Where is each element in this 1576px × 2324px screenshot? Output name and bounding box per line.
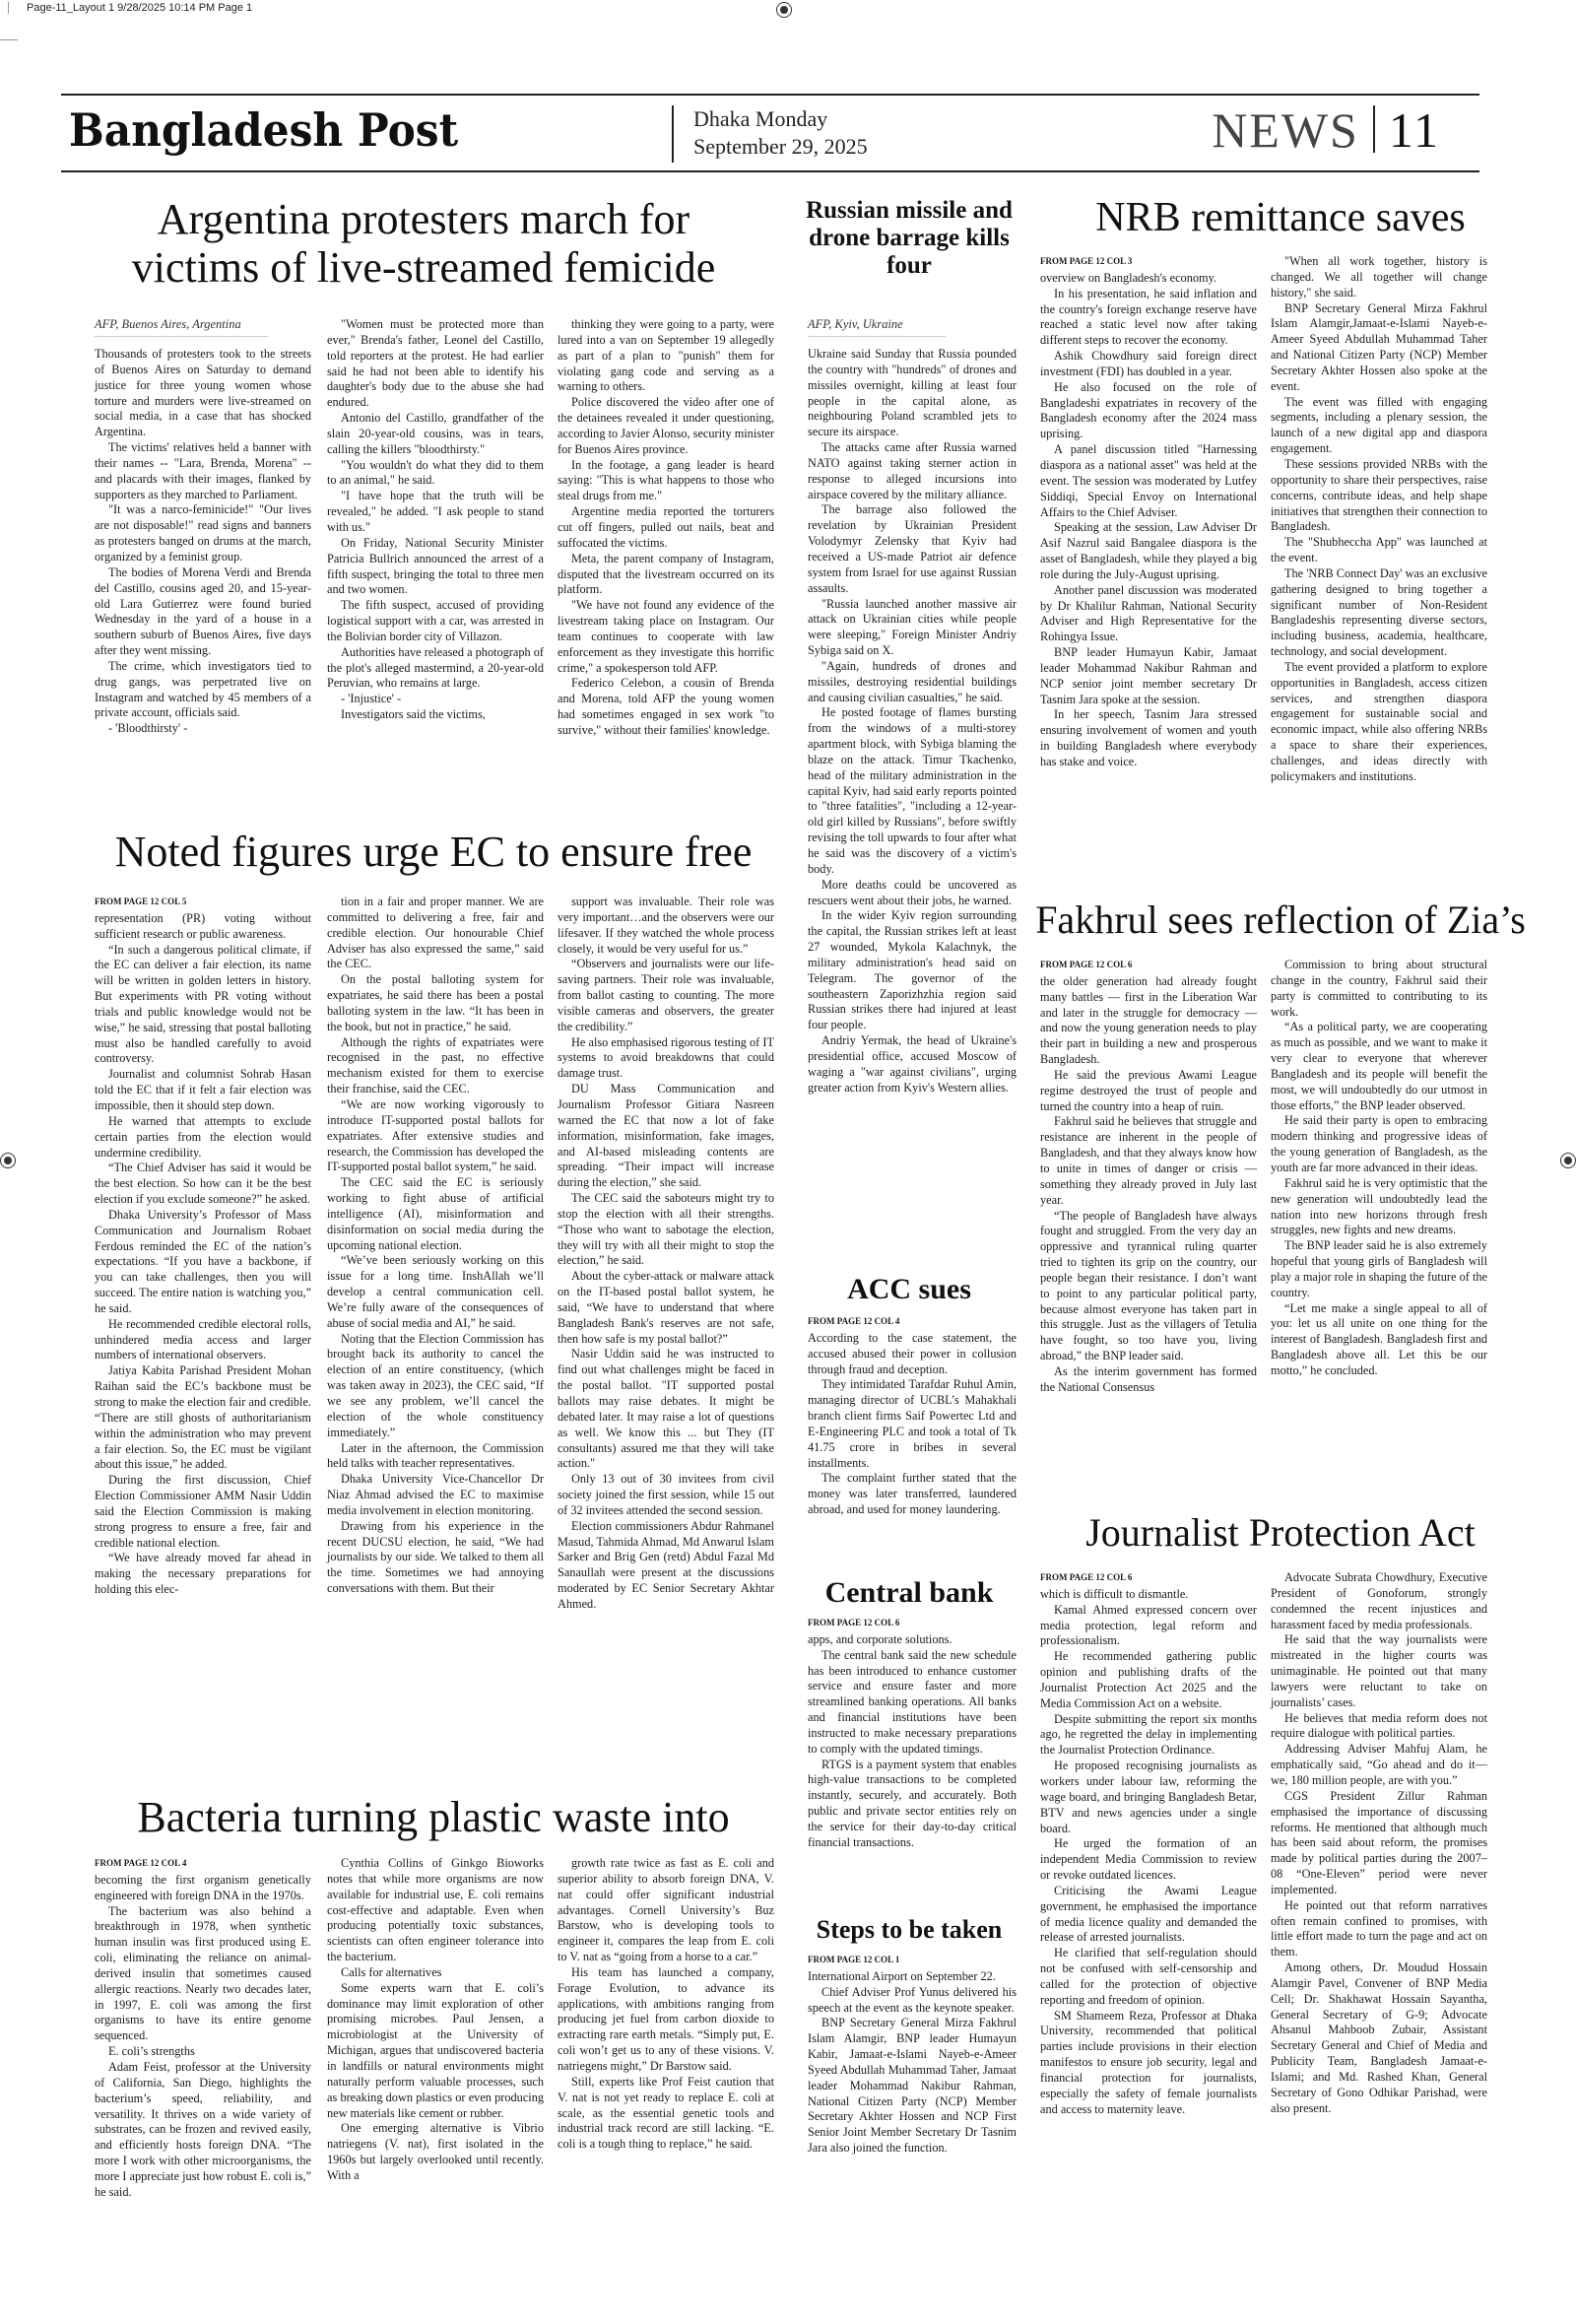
article-column: Commission to bring about structural cha… xyxy=(1271,958,1487,1379)
issue-date-block: Dhaka Monday September 29, 2025 xyxy=(672,105,868,163)
paragraph: The CEC said the EC is seriously working… xyxy=(327,1175,544,1253)
article-headline: Russian missile and drone barrage kills … xyxy=(800,197,1018,280)
paragraph: He posted footage of flames bursting fro… xyxy=(808,705,1017,877)
paragraph: - 'Bloodthirsty' - xyxy=(95,721,311,737)
paragraph: Andriy Yermak, the head of Ukraine's pre… xyxy=(808,1033,1017,1096)
paragraph: Speaking at the session, Law Adviser Dr … xyxy=(1040,520,1257,582)
article-column: FROM PAGE 12 COL 6apps, and corporate so… xyxy=(808,1616,1017,1851)
article-column: "When all work together, history is chan… xyxy=(1271,254,1487,785)
paragraph: He proposed recognising journalists as w… xyxy=(1040,1759,1257,1836)
paragraph: The BNP leader said he is also extremely… xyxy=(1271,1238,1487,1300)
paragraph: About the cyber-attack or malware attack… xyxy=(558,1269,774,1347)
paragraph: Federico Celebon, a cousin of Brenda and… xyxy=(558,676,774,738)
paragraph: Fakhrul said he is very optimistic that … xyxy=(1271,1176,1487,1238)
paragraph: “Observers and journalists were our life… xyxy=(558,957,774,1034)
article-column: growth rate twice as fast as E. coli and… xyxy=(558,1856,774,2153)
article-column: support was invaluable. Their role was v… xyxy=(558,895,774,1613)
article-column: Ukraine said Sunday that Russia pounded … xyxy=(808,347,1017,1096)
paragraph: International Airport on September 22. xyxy=(808,1969,1017,1985)
paragraph: One emerging alternative is Vibrio natri… xyxy=(327,2121,544,2183)
article-headline: Fakhrul sees reflection of Zia’s xyxy=(1034,898,1527,943)
paragraph: Argentine media reported the torturers c… xyxy=(558,504,774,552)
paragraph: On the postal balloting system for expat… xyxy=(327,972,544,1034)
article-column: FROM PAGE 12 COL 1International Airport … xyxy=(808,1953,1017,2157)
paragraph: BNP leader Humayun Kabir, Jamaat leader … xyxy=(1040,645,1257,707)
paragraph: overview on Bangladesh's economy. xyxy=(1040,271,1257,287)
paragraph: The bodies of Morena Verdi and Brenda de… xyxy=(95,565,311,659)
paragraph: Addressing Adviser Mahfuj Alam, he empha… xyxy=(1271,1742,1487,1789)
paragraph: "When all work together, history is chan… xyxy=(1271,254,1487,301)
paragraph: thinking they were going to a party, wer… xyxy=(558,317,774,395)
continuation-label: FROM PAGE 12 COL 6 xyxy=(1040,1570,1257,1586)
continuation-label: FROM PAGE 12 COL 5 xyxy=(95,895,311,910)
print-slug: Page-11_Layout 1 9/28/2025 10:14 PM Page… xyxy=(8,2,252,14)
article-dateline: AFP, Buenos Aires, Argentina xyxy=(95,317,268,337)
paragraph: The fifth suspect, accused of providing … xyxy=(327,598,544,645)
paragraph: In his presentation, he said inflation a… xyxy=(1040,287,1257,349)
paragraph: tion in a fair and proper manner. We are… xyxy=(327,895,544,972)
paragraph: “We have already moved far ahead in maki… xyxy=(95,1551,311,1598)
paragraph: BNP Secretary General Mirza Fakhrul Isla… xyxy=(808,2016,1017,2157)
paragraph: Another panel discussion was moderated b… xyxy=(1040,583,1257,645)
article-column: FROM PAGE 12 COL 5representation (PR) vo… xyxy=(95,895,311,1598)
page-number: 11 xyxy=(1389,102,1440,158)
section-name: NEWS xyxy=(1212,102,1359,158)
section-label: NEWS11 xyxy=(1212,101,1440,159)
article-column: tion in a fair and proper manner. We are… xyxy=(327,895,544,1597)
article-column: FROM PAGE 12 COL 4becoming the first org… xyxy=(95,1856,311,2201)
paragraph: Dhaka University Vice-Chancellor Dr Niaz… xyxy=(327,1472,544,1519)
paragraph: Antonio del Castillo, grandfather of the… xyxy=(327,411,544,458)
article-column: FROM PAGE 12 COL 6which is difficult to … xyxy=(1040,1570,1257,2118)
paragraph: Some experts warn that E. coli’s dominan… xyxy=(327,1981,544,2122)
paragraph: Meta, the parent company of Instagram, d… xyxy=(558,552,774,599)
article-headline: Journalist Protection Act xyxy=(1034,1511,1527,1556)
registration-mark-right xyxy=(1560,1153,1576,1168)
paragraph: representation (PR) voting without suffi… xyxy=(95,911,311,943)
article-headline: Noted figures urge EC to ensure free xyxy=(89,828,778,876)
paragraph: RTGS is a payment system that enables hi… xyxy=(808,1758,1017,1851)
article-headline: ACC sues xyxy=(800,1273,1018,1306)
article-column: FROM PAGE 12 COL 6the older generation h… xyxy=(1040,958,1257,1396)
paragraph: The attacks came after Russia warned NAT… xyxy=(808,440,1017,502)
continuation-label: FROM PAGE 12 COL 6 xyxy=(808,1616,1017,1631)
paragraph: "We have not found any evidence of the l… xyxy=(558,598,774,676)
crop-mark xyxy=(0,39,18,40)
paragraph: Thousands of protesters took to the stre… xyxy=(95,347,311,440)
paragraph: As the interim government has formed the… xyxy=(1040,1364,1257,1396)
paragraph: He said their party is open to embracing… xyxy=(1271,1113,1487,1175)
registration-mark-top xyxy=(776,2,792,18)
paragraph: Ukraine said Sunday that Russia pounded … xyxy=(808,347,1017,440)
paragraph: He urged the formation of an independent… xyxy=(1040,1836,1257,1884)
paragraph: “The Chief Adviser has said it would be … xyxy=(95,1161,311,1208)
paragraph: A panel discussion titled "Harnessing di… xyxy=(1040,442,1257,520)
paragraph: "Again, hundreds of drones and missiles,… xyxy=(808,659,1017,706)
paragraph: More deaths could be uncovered as rescue… xyxy=(808,878,1017,909)
paragraph: He said the previous Awami League regime… xyxy=(1040,1068,1257,1115)
city-day: Dhaka Monday xyxy=(693,105,868,133)
paragraph: “We are now working vigorously to introd… xyxy=(327,1097,544,1175)
paragraph: apps, and corporate solutions. xyxy=(808,1632,1017,1648)
continuation-label: FROM PAGE 12 COL 6 xyxy=(1040,958,1257,973)
paragraph: Jatiya Kabita Parishad President Mohan R… xyxy=(95,1363,311,1473)
paragraph: He clarified that self-regulation should… xyxy=(1040,1946,1257,2008)
paragraph: Police discovered the video after one of… xyxy=(558,395,774,457)
paragraph: The victims' relatives held a banner wit… xyxy=(95,440,311,502)
paragraph: Fakhrul said he believes that struggle a… xyxy=(1040,1114,1257,1208)
paragraph: In the footage, a gang leader is heard s… xyxy=(558,458,774,505)
paragraph: His team has launched a company, Forage … xyxy=(558,1965,774,2075)
paragraph: Journalist and columnist Sohrab Hasan to… xyxy=(95,1067,311,1114)
paragraph: On Friday, National Security Minister Pa… xyxy=(327,536,544,598)
paragraph: Still, experts like Prof Feist caution t… xyxy=(558,2075,774,2153)
paragraph: Later in the afternoon, the Commission h… xyxy=(327,1441,544,1473)
paragraph: “We’ve been seriously working on this is… xyxy=(327,1253,544,1331)
paragraph: He believes that media reform does not r… xyxy=(1271,1711,1487,1743)
article-column: FROM PAGE 12 COL 4According to the case … xyxy=(808,1314,1017,1518)
continuation-label: FROM PAGE 12 COL 4 xyxy=(808,1314,1017,1330)
paragraph: “The people of Bangladesh have always fo… xyxy=(1040,1209,1257,1364)
paragraph: Chief Adviser Prof Yunus delivered his s… xyxy=(808,1985,1017,2017)
continuation-label: FROM PAGE 12 COL 1 xyxy=(808,1953,1017,1968)
paragraph: - 'Injustice' - xyxy=(327,692,544,707)
paragraph: In the wider Kyiv region surrounding the… xyxy=(808,908,1017,1033)
paragraph: Kamal Ahmed expressed concern over media… xyxy=(1040,1603,1257,1650)
paragraph: The "Shubheccha App" was launched at the… xyxy=(1271,535,1487,566)
paragraph: He pointed out that reform narratives of… xyxy=(1271,1898,1487,1960)
paragraph: During the first discussion, Chief Elect… xyxy=(95,1473,311,1551)
paragraph: Dhaka University’s Professor of Mass Com… xyxy=(95,1208,311,1317)
paragraph: "Russia launched another massive air att… xyxy=(808,597,1017,659)
paragraph: He said that the way journalists were mi… xyxy=(1271,1632,1487,1710)
paragraph: He recommended gathering public opinion … xyxy=(1040,1649,1257,1711)
article-headline: Steps to be taken xyxy=(800,1915,1018,1944)
paragraph: Only 13 out of 30 invitees from civil so… xyxy=(558,1472,774,1519)
paragraph: BNP Secretary General Mirza Fakhrul Isla… xyxy=(1271,301,1487,395)
article-headline: Argentina protesters march for victims o… xyxy=(89,195,758,293)
paragraph: Investigators said the victims, xyxy=(327,707,544,723)
paragraph: The barrage also followed the revelation… xyxy=(808,502,1017,596)
paragraph: These sessions provided NRBs with the op… xyxy=(1271,457,1487,535)
paragraph: “As a political party, we are cooperatin… xyxy=(1271,1020,1487,1113)
paragraph: He also emphasised rigorous testing of I… xyxy=(558,1035,774,1083)
paragraph: Drawing from his experience in the recen… xyxy=(327,1519,544,1597)
paragraph: Adam Feist, professor at the University … xyxy=(95,2060,311,2201)
paragraph: Noting that the Election Commission has … xyxy=(327,1332,544,1441)
paragraph: "You wouldn't do what they did to them t… xyxy=(327,458,544,490)
paragraph: The event was filled with engaging segme… xyxy=(1271,395,1487,457)
article-column: Cynthia Collins of Ginkgo Bioworks notes… xyxy=(327,1856,544,2184)
paragraph: The crime, which investigators tied to d… xyxy=(95,659,311,721)
paragraph: E. coli’s strengths xyxy=(95,2044,311,2060)
continuation-label: FROM PAGE 12 COL 3 xyxy=(1040,254,1257,270)
paragraph: The 'NRB Connect Day' was an exclusive g… xyxy=(1271,566,1487,660)
paragraph: The bacterium was also behind a breakthr… xyxy=(95,1904,311,2045)
paragraph: Nasir Uddin said he was instructed to fi… xyxy=(558,1347,774,1472)
paragraph: He also focused on the role of Banglades… xyxy=(1040,380,1257,442)
newspaper-logo: Bangladesh Post xyxy=(69,103,458,157)
paragraph: growth rate twice as fast as E. coli and… xyxy=(558,1856,774,1965)
paragraph: Cynthia Collins of Ginkgo Bioworks notes… xyxy=(327,1856,544,1965)
paragraph: Criticising the Awami League government,… xyxy=(1040,1884,1257,1946)
paragraph: Authorities have released a photograph o… xyxy=(327,645,544,693)
paragraph: Ashik Chowdhury said foreign direct inve… xyxy=(1040,349,1257,380)
paragraph: "Women must be protected more than ever,… xyxy=(327,317,544,411)
article-headline: NRB remittance saves xyxy=(1034,195,1527,241)
article-column: Advocate Subrata Chowdhury, Executive Pr… xyxy=(1271,1570,1487,2117)
article-dateline: AFP, Kyiv, Ukraine xyxy=(808,317,946,337)
registration-mark-left xyxy=(0,1153,16,1168)
paragraph: CGS President Zillur Rahman emphasised t… xyxy=(1271,1789,1487,1898)
paragraph: He warned that attempts to exclude certa… xyxy=(95,1114,311,1162)
continuation-label: FROM PAGE 12 COL 4 xyxy=(95,1856,311,1872)
issue-date: September 29, 2025 xyxy=(693,133,868,161)
paragraph: He recommended credible electoral rolls,… xyxy=(95,1317,311,1364)
paragraph: “Let me make a single appeal to all of y… xyxy=(1271,1301,1487,1379)
paragraph: "I have hope that the truth will be reve… xyxy=(327,489,544,536)
paragraph: support was invaluable. Their role was v… xyxy=(558,895,774,957)
paragraph: The CEC said the saboteurs might try to … xyxy=(558,1191,774,1269)
paragraph: The event provided a platform to explore… xyxy=(1271,660,1487,785)
paragraph: According to the case statement, the acc… xyxy=(808,1331,1017,1378)
paragraph: Advocate Subrata Chowdhury, Executive Pr… xyxy=(1271,1570,1487,1632)
article-column: Thousands of protesters took to the stre… xyxy=(95,347,311,737)
paragraph: Commission to bring about structural cha… xyxy=(1271,958,1487,1020)
section-divider xyxy=(1373,105,1375,153)
paragraph: Calls for alternatives xyxy=(327,1965,544,1981)
article-column: "Women must be protected more than ever,… xyxy=(327,317,544,723)
paragraph: "It was a narco-feminicide!" "Our lives … xyxy=(95,502,311,564)
paragraph: Despite submitting the report six months… xyxy=(1040,1712,1257,1760)
article-headline: Bacteria turning plastic waste into xyxy=(89,1793,778,1841)
paragraph: The central bank said the new schedule h… xyxy=(808,1648,1017,1758)
paragraph: Although the rights of expatriates were … xyxy=(327,1035,544,1097)
article-column: FROM PAGE 12 COL 3overview on Bangladesh… xyxy=(1040,254,1257,770)
paragraph: the older generation had already fought … xyxy=(1040,974,1257,1068)
paragraph: DU Mass Communication and Journalism Pro… xyxy=(558,1082,774,1191)
paragraph: “In such a dangerous political climate, … xyxy=(95,943,311,1068)
paragraph: The complaint further stated that the mo… xyxy=(808,1471,1017,1518)
paragraph: Among others, Dr. Moudud Hossain Alamgir… xyxy=(1271,1960,1487,2116)
paragraph: Election commissioners Abdur Rahmanel Ma… xyxy=(558,1519,774,1613)
paragraph: becoming the first organism genetically … xyxy=(95,1873,311,1904)
article-headline: Central bank xyxy=(800,1576,1018,1610)
paragraph: SM Shameem Reza, Professor at Dhaka Univ… xyxy=(1040,2009,1257,2118)
paragraph: They intimidated Tarafdar Ruhul Amin, ma… xyxy=(808,1377,1017,1471)
masthead: Bangladesh Post Dhaka Monday September 2… xyxy=(61,94,1479,172)
paragraph: which is difficult to dismantle. xyxy=(1040,1587,1257,1603)
paragraph: In her speech, Tasnim Jara stressed ensu… xyxy=(1040,707,1257,769)
article-column: thinking they were going to a party, wer… xyxy=(558,317,774,739)
